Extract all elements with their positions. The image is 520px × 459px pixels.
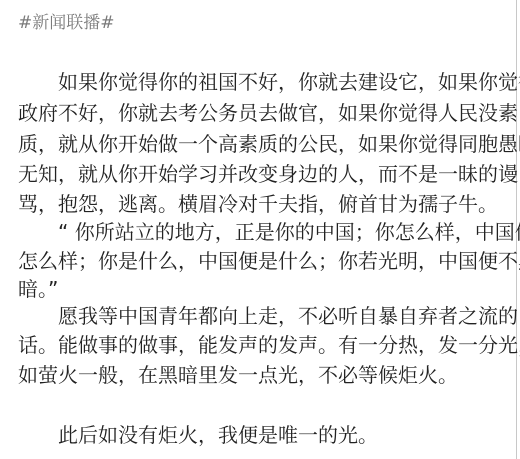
paragraph-3-line-3: 如萤火一般，在黑暗里发一点光，不必等候炬火。 (18, 361, 458, 389)
paragraph-2-line-3: 暗。” (18, 275, 58, 303)
paragraph-2-line-2: 怎么样；你是什么，中国便是什么；你若光明，中国便不黑 (18, 247, 520, 275)
paragraph-1-line-2: 政府不好，你就去考公务员去做官，如果你觉得人民没素 (18, 99, 518, 127)
paragraph-1-line-5: 骂，抱怨，逃离。横眉冷对千夫指，俯首甘为孺子牛。 (18, 190, 498, 218)
paragraph-3-line-1: 愿我等中国青年都向上走，不必听自暴自弃者之流的 (58, 302, 518, 330)
hashtag-topic[interactable]: #新闻联播# (18, 12, 115, 34)
paragraph-1-line-1: 如果你觉得你的祖国不好，你就去建设它，如果你觉得 (58, 68, 520, 96)
paragraph-1-line-3: 质，就从你开始做一个高素质的公民，如果你觉得同胞愚昧 (18, 130, 520, 158)
paragraph-4-line-1: 此后如没有炬火，我便是唯一的光。 (58, 421, 378, 449)
paragraph-1-line-4: 无知，就从你开始学习并改变身边的人，而不是一昧的谩 (18, 160, 518, 188)
paragraph-2-line-1: “ 你所站立的地方，正是你的中国；你怎么样，中国便 (58, 218, 520, 246)
paragraph-3-line-2: 话。能做事的做事，能发声的发声。有一分热，发一分光，就 (18, 331, 520, 359)
